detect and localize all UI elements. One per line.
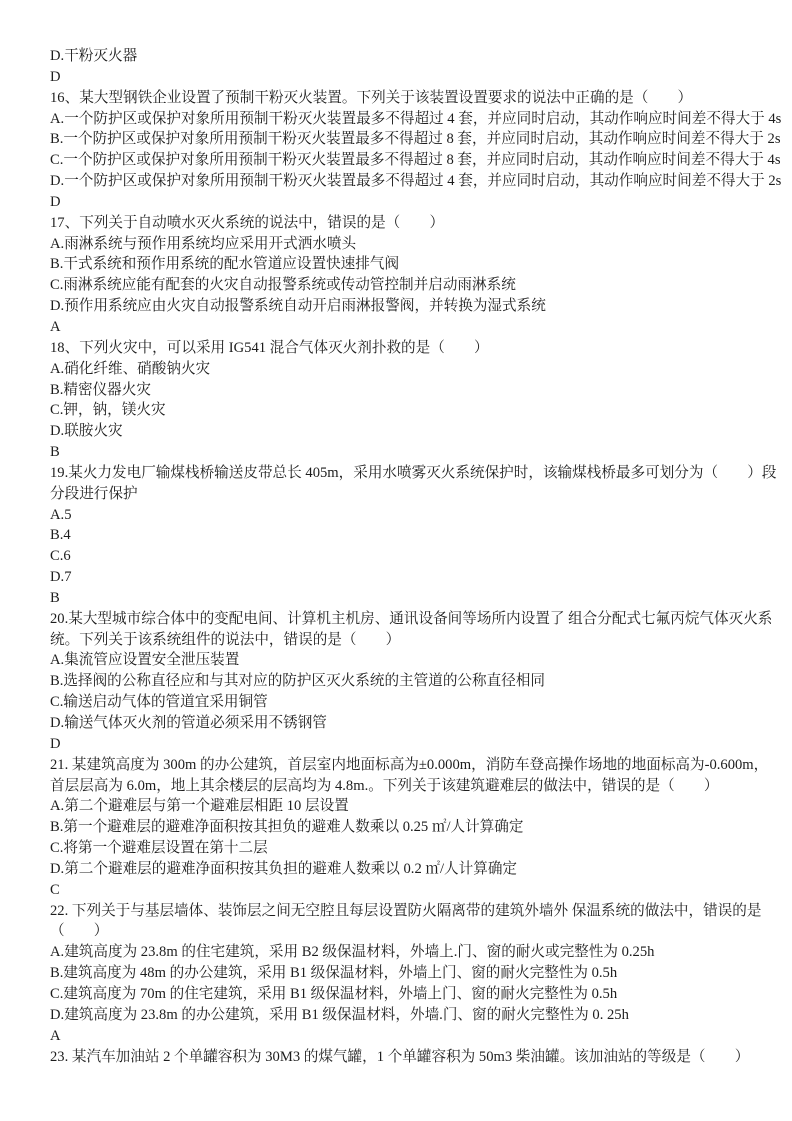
question-option-line: C.雨淋系统应能有配套的火灾自动报警系统或传动管控制并启动雨淋系统 bbox=[50, 275, 752, 296]
question-option-line: C.6 bbox=[50, 546, 752, 567]
question-option-line: C.钾，钠，镁火灾 bbox=[50, 400, 752, 421]
question-stem-line: 18、下列火灾中，可以采用 IG541 混合气体灭火剂扑救的是（ ） bbox=[50, 338, 752, 359]
question-stem-line: 17、下列关于自动喷水灭火系统的说法中，错误的是（ ） bbox=[50, 213, 752, 234]
question-stem-line: （ ） bbox=[50, 921, 752, 942]
question-option-line: A.硝化纤维、硝酸钠火灾 bbox=[50, 359, 752, 380]
question-option-line: C.一个防护区或保护对象所用预制干粉灭火装置最多不得超过 8 套，并应同时启动，… bbox=[50, 150, 752, 171]
question-option-line: C.输送启动气体的管道宜采用铜管 bbox=[50, 692, 752, 713]
question-stem-line: 分段进行保护 bbox=[50, 484, 752, 505]
question-option-line: D.预作用系统应由火灾自动报警系统自动开启雨淋报警阀，并转换为湿式系统 bbox=[50, 296, 752, 317]
answer-line: A bbox=[50, 1026, 752, 1047]
question-option-line: C.建筑高度为 70m 的住宅建筑，采用 B1 级保温材料，外墙上门、窗的耐火完… bbox=[50, 984, 752, 1005]
question-option-line: B.第一个避难层的避难净面积按其担负的避难人数乘以 0.25 ㎡/人计算确定 bbox=[50, 817, 752, 838]
question-stem-line: 20.某大型城市综合体中的变配电间、计算机主机房、通讯设备间等场所内设置了 组合… bbox=[50, 609, 752, 630]
answer-line: D bbox=[50, 192, 752, 213]
question-option-line: D.干粉灭火器 bbox=[50, 46, 752, 67]
question-option-line: D.联胺火灾 bbox=[50, 421, 752, 442]
question-option-line: D.一个防护区或保护对象所用预制干粉灭火装置最多不得超过 4 套，并应同时启动，… bbox=[50, 171, 752, 192]
document-page: D.干粉灭火器D16、某大型钢铁企业设置了预制干粉灭火装置。下列关于该装置设置要… bbox=[0, 0, 792, 1121]
question-option-line: B.精密仪器火灾 bbox=[50, 380, 752, 401]
question-option-line: B.建筑高度为 48m 的办公建筑，采用 B1 级保温材料，外墙上门、窗的耐火完… bbox=[50, 963, 752, 984]
question-option-line: B.干式系统和预作用系统的配水管道应设置快速排气阀 bbox=[50, 254, 752, 275]
question-option-line: B.一个防护区或保护对象所用预制干粉灭火装置最多不得超过 8 套，并应同时启动，… bbox=[50, 129, 752, 150]
answer-line: B bbox=[50, 588, 752, 609]
question-option-line: A.一个防护区或保护对象所用预制干粉灭火装置最多不得超过 4 套，并应同时启动，… bbox=[50, 109, 752, 130]
question-option-line: D.第二个避难层的避难净面积按其负担的避难人数乘以 0.2 ㎡/人计算确定 bbox=[50, 859, 752, 880]
question-stem-line: 统。下列关于该系统组件的说法中，错误的是（ ） bbox=[50, 630, 752, 651]
question-stem-line: 21. 某建筑高度为 300m 的办公建筑，首层室内地面标高为±0.000m，消… bbox=[50, 755, 752, 776]
question-option-line: D.建筑高度为 23.8m 的办公建筑，采用 B1 级保温材料，外墙.门、窗的耐… bbox=[50, 1005, 752, 1026]
answer-line: B bbox=[50, 442, 752, 463]
question-option-line: C.将第一个避难层设置在第十二层 bbox=[50, 838, 752, 859]
question-option-line: A.建筑高度为 23.8m 的住宅建筑，采用 B2 级保温材料，外墙上.门、窗的… bbox=[50, 942, 752, 963]
question-stem-line: 19.某火力发电厂输煤栈桥输送皮带总长 405m，采用水喷雾灭火系统保护时，该输… bbox=[50, 463, 752, 484]
question-option-line: B.选择阀的公称直径应和与其对应的防护区灭火系统的主管道的公称直径相同 bbox=[50, 671, 752, 692]
question-option-line: D.输送气体灭火剂的管道必须采用不锈钢管 bbox=[50, 713, 752, 734]
question-stem-line: 首层层高为 6.0m，地上其余楼层的层高均为 4.8m.。下列关于该建筑避难层的… bbox=[50, 776, 752, 797]
question-option-line: A.集流管应设置安全泄压装置 bbox=[50, 650, 752, 671]
question-option-line: A.5 bbox=[50, 505, 752, 526]
question-stem-line: 22. 下列关于与基层墙体、装饰层之间无空腔且每层设置防火隔离带的建筑外墙外 保… bbox=[50, 901, 752, 922]
answer-line: D bbox=[50, 67, 752, 88]
question-option-line: B.4 bbox=[50, 525, 752, 546]
answer-line: A bbox=[50, 317, 752, 338]
question-stem-line: 23. 某汽车加油站 2 个单罐容积为 30M3 的煤气罐，1 个单罐容积为 5… bbox=[50, 1047, 752, 1068]
question-option-line: A.第二个避难层与第一个避难层相距 10 层设置 bbox=[50, 796, 752, 817]
question-option-line: A.雨淋系统与预作用系统均应采用开式洒水喷头 bbox=[50, 234, 752, 255]
answer-line: C bbox=[50, 880, 752, 901]
question-option-line: D.7 bbox=[50, 567, 752, 588]
question-stem-line: 16、某大型钢铁企业设置了预制干粉灭火装置。下列关于该装置设置要求的说法中正确的… bbox=[50, 88, 752, 109]
answer-line: D bbox=[50, 734, 752, 755]
